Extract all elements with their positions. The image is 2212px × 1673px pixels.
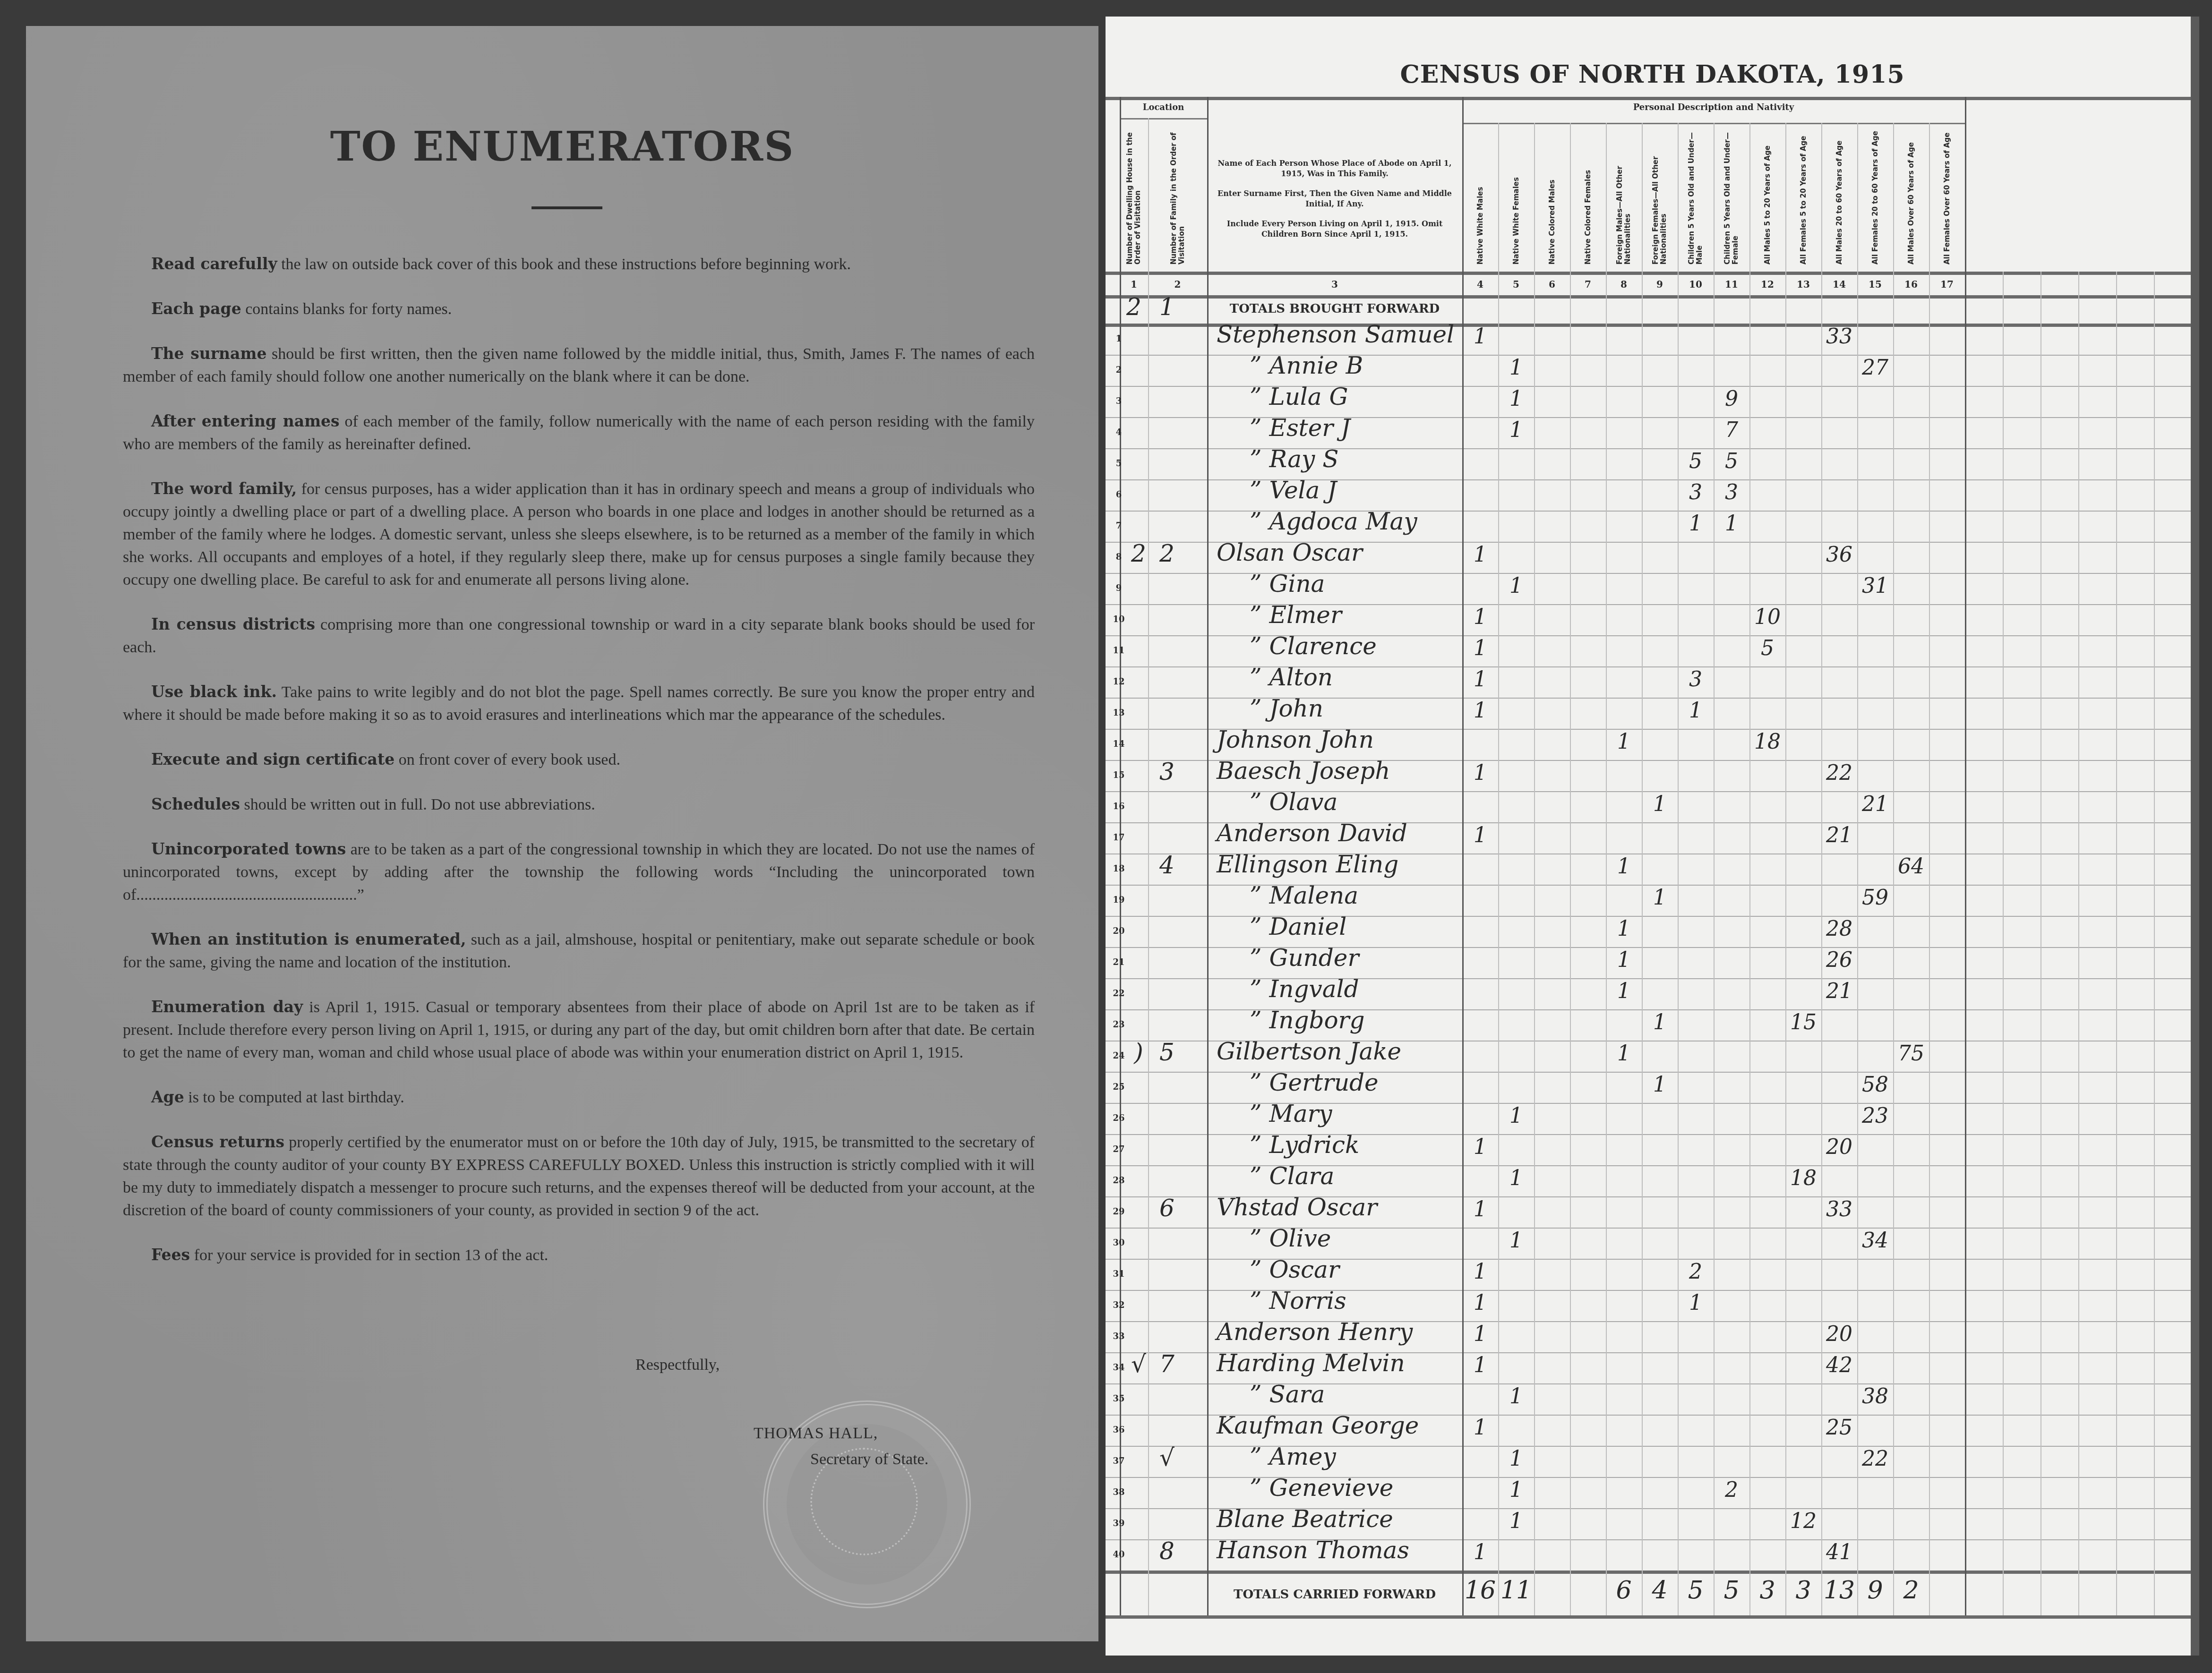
instruction-paragraph: Census returns properly certified by the… <box>123 1131 1035 1222</box>
instruction-text: is to be computed at last birthday. <box>184 1089 404 1106</box>
row-number: 20 <box>1109 926 1128 936</box>
row-number: 29 <box>1109 1207 1128 1217</box>
total-col-16: 2 <box>1893 1576 1929 1605</box>
name-instruction-line: Name of Each Person Whose Place of Abode… <box>1214 158 1455 179</box>
tally-col-4: 1 <box>1462 1291 1498 1315</box>
tally-col-13: 18 <box>1785 1166 1821 1190</box>
tally-col-4: 1 <box>1462 761 1498 785</box>
instructions-page: TO ENUMERATORS Read carefully the law on… <box>26 26 1098 1641</box>
signer-title: Secretary of State. <box>810 1448 928 1471</box>
tally-col-11: 5 <box>1714 449 1749 473</box>
instruction-text: for your service is provided for in sect… <box>190 1246 548 1264</box>
total-col-14: 13 <box>1821 1576 1857 1605</box>
total-col-5: 11 <box>1498 1576 1534 1605</box>
tally-col-11: 7 <box>1714 418 1749 442</box>
tally-col-14: 36 <box>1821 543 1857 567</box>
row-number: 25 <box>1109 1082 1128 1092</box>
tally-col-11: 2 <box>1714 1478 1749 1502</box>
grid-column-line <box>2078 272 2079 1615</box>
tally-col-10: 3 <box>1678 480 1714 504</box>
tally-col-5: 1 <box>1498 387 1534 411</box>
person-name: ” Alton <box>1250 664 1333 691</box>
person-name: ” Sara <box>1250 1381 1325 1408</box>
column-header-10: Children 5 Years Old and Under—Male <box>1681 128 1710 265</box>
tally-col-14: 33 <box>1821 324 1857 349</box>
tally-col-12: 10 <box>1749 605 1785 629</box>
person-name: Ellingson Eling <box>1217 851 1398 878</box>
column-header-4: Native White Males <box>1466 128 1494 265</box>
column-number-7: 7 <box>1570 279 1606 290</box>
row-number: 28 <box>1109 1176 1128 1186</box>
grid-column-line <box>2041 272 2041 1615</box>
grid-column-line <box>2116 272 2117 1615</box>
column-header-5: Native White Females <box>1502 128 1530 265</box>
tally-col-4: 1 <box>1462 1353 1498 1377</box>
tally-col-4: 1 <box>1462 1197 1498 1221</box>
person-name: ” Olive <box>1250 1225 1331 1252</box>
row-number: 11 <box>1109 646 1128 656</box>
column-header-15: All Females 20 to 60 Years of Age <box>1861 128 1889 265</box>
grid-column-line <box>1120 97 1121 1615</box>
grid-column-line <box>1749 123 1750 1615</box>
tally-col-12: 18 <box>1749 730 1785 754</box>
tally-col-11: 3 <box>1714 480 1749 504</box>
row-number: 3 <box>1109 396 1128 406</box>
instruction-lead: The surname <box>151 344 266 363</box>
column-number-17: 17 <box>1929 279 1965 290</box>
tally-col-5: 1 <box>1498 1509 1534 1533</box>
instruction-paragraph: Each page contains blanks for forty name… <box>123 298 1035 321</box>
tally-col-8: 1 <box>1606 948 1642 972</box>
instruction-text: contains blanks for forty names. <box>241 300 452 318</box>
row-number: 15 <box>1109 770 1128 780</box>
location-group-header: Location <box>1120 102 1207 112</box>
instruction-paragraph: Use black ink. Take pains to write legib… <box>123 681 1035 726</box>
instruction-text: the law on outside back cover of this bo… <box>277 256 851 273</box>
tally-col-11: 1 <box>1714 512 1749 536</box>
row-number: 33 <box>1109 1332 1128 1341</box>
instruction-lead: Read carefully <box>151 255 277 273</box>
column-header-2: Number of Family in the Order of Visitat… <box>1152 128 1203 265</box>
column-number-8: 8 <box>1606 279 1642 290</box>
instruction-paragraph: Unincorporated towns are to be taken as … <box>123 838 1035 906</box>
grid-column-line <box>1570 123 1571 1615</box>
tally-col-10: 2 <box>1678 1260 1714 1284</box>
column-number-6: 6 <box>1534 279 1570 290</box>
tally-col-14: 25 <box>1821 1416 1857 1440</box>
grid-rule <box>1106 1615 2192 1619</box>
tally-col-10: 5 <box>1678 449 1714 473</box>
family-number: 6 <box>1150 1195 1183 1222</box>
column-header-16: All Males Over 60 Years of Age <box>1897 128 1925 265</box>
grid-column-line <box>1714 123 1715 1615</box>
row-number: 36 <box>1109 1425 1128 1435</box>
tally-col-4: 1 <box>1462 543 1498 567</box>
column-header-12: All Males 5 to 20 Years of Age <box>1753 128 1782 265</box>
instruction-lead: Each page <box>151 299 241 318</box>
tally-col-4: 1 <box>1462 324 1498 349</box>
person-name: ” Ingborg <box>1250 1007 1364 1034</box>
tally-col-4: 1 <box>1462 823 1498 847</box>
column-number-4: 4 <box>1462 279 1498 290</box>
column-number-15: 15 <box>1857 279 1893 290</box>
instruction-lead: In census districts <box>151 615 315 633</box>
column-number-14: 14 <box>1821 279 1857 290</box>
row-number: 35 <box>1109 1394 1128 1404</box>
total-col-11: 5 <box>1714 1576 1749 1605</box>
column-number-10: 10 <box>1678 279 1714 290</box>
instruction-lead: After entering names <box>151 412 340 430</box>
tally-col-4: 1 <box>1462 1322 1498 1346</box>
column-number-3: 3 <box>1207 279 1462 290</box>
column-number-16: 16 <box>1893 279 1929 290</box>
person-name: Baesch Joseph <box>1217 757 1390 785</box>
grid-column-line <box>1642 123 1643 1615</box>
total-col-13: 3 <box>1785 1576 1821 1605</box>
grid-rule <box>1106 97 2192 100</box>
tally-col-14: 20 <box>1821 1322 1857 1346</box>
person-name: Kaufman George <box>1217 1412 1419 1439</box>
closing-text: Respectfully, <box>635 1353 720 1377</box>
person-name: ” Ingvald <box>1250 975 1359 1003</box>
instruction-paragraph: When an institution is enumerated, such … <box>123 928 1035 974</box>
person-name: ” Amey <box>1250 1443 1336 1470</box>
person-name: ” John <box>1250 695 1323 722</box>
total-col-12: 3 <box>1749 1576 1785 1605</box>
person-name: ” Elmer <box>1250 601 1342 629</box>
tally-col-16: 64 <box>1893 854 1929 879</box>
tally-col-14: 42 <box>1821 1353 1857 1377</box>
instruction-lead: The word family, <box>151 479 297 498</box>
instruction-lead: Unincorporated towns <box>151 840 346 858</box>
row-number: 13 <box>1109 708 1128 718</box>
tally-col-5: 1 <box>1498 1447 1534 1471</box>
grid-column-line <box>1965 97 1966 1615</box>
tally-col-15: 38 <box>1857 1384 1893 1408</box>
tally-col-5: 1 <box>1498 1478 1534 1502</box>
instruction-lead: Enumeration day <box>151 998 303 1016</box>
tally-col-15: 58 <box>1857 1073 1893 1097</box>
grid-column-line <box>1207 97 1209 1615</box>
person-name: ” Agdoca May <box>1250 508 1417 535</box>
totals-brought-forward-label: TOTALS BROUGHT FORWARD <box>1207 302 1462 316</box>
row-number: 18 <box>1109 864 1128 874</box>
person-name: ” Daniel <box>1250 913 1346 940</box>
tally-col-15: 23 <box>1857 1104 1893 1128</box>
column-header-17: All Females Over 60 Years of Age <box>1933 128 1961 265</box>
census-table: LocationPersonal Description and Nativit… <box>1106 17 2199 1656</box>
tally-col-9: 1 <box>1642 1073 1678 1097</box>
instruction-paragraph: Fees for your service is provided for in… <box>123 1244 1035 1267</box>
tally-col-14: 22 <box>1821 761 1857 785</box>
name-instruction-line: Include Every Person Living on April 1, … <box>1214 219 1455 239</box>
row-number: 32 <box>1109 1300 1128 1310</box>
grid-rule <box>1106 1571 2192 1574</box>
instruction-paragraph: The surname should be first written, the… <box>123 342 1035 388</box>
tally-col-13: 12 <box>1785 1509 1821 1533</box>
column-number-11: 11 <box>1714 279 1749 290</box>
row-number: 14 <box>1109 739 1128 749</box>
tally-col-14: 26 <box>1821 948 1857 972</box>
column-header-11: Children 5 Years Old and Under—Female <box>1717 128 1746 265</box>
family-number: 2 <box>1150 540 1183 567</box>
tally-col-15: 31 <box>1857 574 1893 598</box>
row-number: 23 <box>1109 1020 1128 1030</box>
family-number: 4 <box>1150 852 1183 879</box>
row-number: 21 <box>1109 957 1128 967</box>
instruction-paragraph: Enumeration day is April 1, 1915. Casual… <box>123 996 1035 1064</box>
family-number: 5 <box>1150 1039 1183 1066</box>
instruction-lead: Age <box>151 1088 184 1106</box>
column-number-2: 2 <box>1148 279 1207 290</box>
instruction-lead: Execute and sign certificate <box>151 750 394 768</box>
row-number: 19 <box>1109 895 1128 905</box>
person-name: Harding Melvin <box>1217 1349 1405 1377</box>
tally-col-15: 34 <box>1857 1229 1893 1253</box>
grid-column-line <box>1678 123 1679 1615</box>
instruction-lead: Fees <box>151 1246 190 1264</box>
totals-carried-forward-label: TOTALS CARRIED FORWARD <box>1207 1588 1462 1602</box>
tally-col-14: 21 <box>1821 979 1857 1003</box>
instruction-text: on front cover of every book used. <box>394 751 620 768</box>
person-name: ” Olava <box>1250 788 1337 816</box>
row-number: 7 <box>1109 521 1128 531</box>
row-number: 39 <box>1109 1519 1128 1528</box>
row-number: 10 <box>1109 615 1128 624</box>
person-name: Anderson Henry <box>1217 1318 1413 1346</box>
grid-rule <box>1120 118 1207 119</box>
tally-col-15: 59 <box>1857 886 1893 910</box>
instruction-text: should be written out in full. Do not us… <box>240 796 595 813</box>
tally-col-10: 1 <box>1678 1291 1714 1315</box>
page-edge <box>2191 17 2199 1656</box>
total-col-4: 16 <box>1462 1576 1498 1605</box>
tally-col-9: 1 <box>1642 886 1678 910</box>
row-number: 40 <box>1109 1550 1128 1560</box>
column-number-12: 12 <box>1749 279 1785 290</box>
row-number: 26 <box>1109 1113 1128 1123</box>
tally-col-16: 75 <box>1893 1041 1929 1066</box>
total-col-10: 5 <box>1678 1576 1714 1605</box>
person-name: ” Mary <box>1250 1100 1332 1127</box>
tally-col-9: 1 <box>1642 1010 1678 1034</box>
person-name: Hanson Thomas <box>1217 1536 1409 1564</box>
row-number: 17 <box>1109 833 1128 843</box>
row-number: 6 <box>1109 490 1128 500</box>
family-number: 7 <box>1150 1350 1183 1378</box>
person-name: Johnson John <box>1217 726 1374 753</box>
column-number-5: 5 <box>1498 279 1534 290</box>
row-number: 9 <box>1109 583 1128 593</box>
grid-column-line <box>2154 272 2155 1615</box>
tally-col-8: 1 <box>1606 854 1642 879</box>
tally-col-8: 1 <box>1606 917 1642 941</box>
person-name: ” Gina <box>1250 570 1325 597</box>
row-number: 16 <box>1109 802 1128 811</box>
name-column-instructions: Name of Each Person Whose Place of Abode… <box>1214 158 1455 249</box>
total-col-8: 6 <box>1606 1576 1642 1605</box>
instruction-paragraph: The word family, for census purposes, ha… <box>123 478 1035 591</box>
row-number: 12 <box>1109 677 1128 687</box>
instruction-lead: Use black ink. <box>151 683 277 701</box>
row-number: 37 <box>1109 1456 1128 1466</box>
instruction-paragraph: Age is to be computed at last birthday. <box>123 1086 1035 1109</box>
person-name: Gilbertson Jake <box>1217 1038 1401 1065</box>
tally-col-14: 20 <box>1821 1135 1857 1159</box>
tally-col-8: 1 <box>1606 730 1642 754</box>
instruction-lead: Census returns <box>151 1133 284 1151</box>
signer-name: THOMAS HALL, <box>754 1422 878 1445</box>
instructions-body: Read carefully the law on outside back c… <box>123 253 1035 1289</box>
name-instruction-line: Enter Surname First, Then the Given Name… <box>1214 188 1455 209</box>
family-number: 8 <box>1150 1537 1183 1565</box>
row-number: 2 <box>1109 365 1128 375</box>
instruction-paragraph: In census districts comprising more than… <box>123 613 1035 659</box>
row-number: 30 <box>1109 1238 1128 1248</box>
person-name: ” Clara <box>1250 1162 1334 1190</box>
totals-brought-forward-dwelling: 2 <box>1117 293 1150 321</box>
tally-col-15: 22 <box>1857 1447 1893 1471</box>
grid-column-line <box>1534 123 1535 1615</box>
column-header-8: Foreign Males—All Other Nationalities <box>1610 128 1638 265</box>
column-header-14: All Males 20 to 60 Years of Age <box>1825 128 1853 265</box>
person-name: ” Malena <box>1250 882 1358 909</box>
grid-column-line <box>1929 123 1930 1615</box>
tally-col-13: 15 <box>1785 1010 1821 1034</box>
family-number: 3 <box>1150 758 1183 785</box>
census-schedule-page: CENSUS OF NORTH DAKOTA, 1915 LocationPer… <box>1106 17 2199 1656</box>
row-number: 27 <box>1109 1144 1128 1154</box>
tally-col-5: 1 <box>1498 1384 1534 1408</box>
tally-col-15: 21 <box>1857 792 1893 816</box>
tally-col-10: 3 <box>1678 667 1714 691</box>
personal-description-group-header: Personal Description and Nativity <box>1462 102 1965 112</box>
tally-col-5: 1 <box>1498 1229 1534 1253</box>
tally-col-10: 1 <box>1678 512 1714 536</box>
column-header-13: All Females 5 to 20 Years of Age <box>1789 128 1818 265</box>
tally-col-15: 27 <box>1857 356 1893 380</box>
tally-col-4: 1 <box>1462 699 1498 723</box>
page-title: TO ENUMERATORS <box>26 123 1098 171</box>
tally-col-5: 1 <box>1498 1104 1534 1128</box>
instruction-paragraph: Read carefully the law on outside back c… <box>123 253 1035 276</box>
row-number: 5 <box>1109 459 1128 469</box>
tally-col-12: 5 <box>1749 636 1785 660</box>
person-name: ” Genevieve <box>1250 1474 1393 1502</box>
person-name: ” Annie B <box>1250 352 1363 379</box>
person-name: ” Oscar <box>1250 1256 1339 1283</box>
tally-col-4: 1 <box>1462 1416 1498 1440</box>
column-header-7: Native Colored Females <box>1574 128 1602 265</box>
grid-column-line <box>2003 272 2004 1615</box>
totals-brought-forward-family: 1 <box>1150 293 1183 321</box>
row-number: 38 <box>1109 1487 1128 1497</box>
column-header-1: Number of Dwelling House in the Order of… <box>1123 128 1144 265</box>
family-number: √ <box>1150 1444 1183 1471</box>
tally-col-4: 1 <box>1462 667 1498 691</box>
instruction-lead: Schedules <box>151 795 240 813</box>
row-number: 31 <box>1109 1269 1128 1279</box>
tally-col-4: 1 <box>1462 1540 1498 1564</box>
title-rule <box>532 206 602 209</box>
tally-col-5: 1 <box>1498 418 1534 442</box>
tally-col-10: 1 <box>1678 699 1714 723</box>
total-col-9: 4 <box>1642 1576 1678 1605</box>
tally-col-11: 9 <box>1714 387 1749 411</box>
tally-col-14: 41 <box>1821 1540 1857 1564</box>
column-header-6: Native Colored Males <box>1538 128 1566 265</box>
column-number-1: 1 <box>1120 279 1148 290</box>
tally-col-4: 1 <box>1462 605 1498 629</box>
column-number-9: 9 <box>1642 279 1678 290</box>
tally-col-14: 28 <box>1821 917 1857 941</box>
column-header-9: Foreign Females—All Other Nationalities <box>1646 128 1674 265</box>
instruction-paragraph: Schedules should be written out in full.… <box>123 793 1035 816</box>
grid-column-line <box>1148 118 1149 1615</box>
person-name: Vhstad Oscar <box>1217 1194 1377 1221</box>
tally-col-5: 1 <box>1498 574 1534 598</box>
row-number: 22 <box>1109 989 1128 999</box>
tally-col-4: 1 <box>1462 1260 1498 1284</box>
person-name: Anderson David <box>1217 819 1407 847</box>
person-name: Blane Beatrice <box>1217 1505 1393 1533</box>
person-name: Olsan Oscar <box>1217 539 1363 566</box>
column-number-13: 13 <box>1785 279 1821 290</box>
tally-col-14: 21 <box>1821 823 1857 847</box>
grid-rule <box>1106 295 2192 299</box>
row-number: 4 <box>1109 427 1128 437</box>
person-name: Stephenson Samuel <box>1217 321 1454 348</box>
row-number: 1 <box>1109 334 1128 344</box>
grid-column-line <box>1785 123 1786 1615</box>
tally-col-4: 1 <box>1462 636 1498 660</box>
person-name: ” Lula G <box>1250 383 1348 410</box>
person-name: ” Clarence <box>1250 632 1377 660</box>
total-col-15: 9 <box>1857 1576 1893 1605</box>
tally-col-5: 1 <box>1498 1166 1534 1190</box>
tally-col-8: 1 <box>1606 1041 1642 1066</box>
tally-col-8: 1 <box>1606 979 1642 1003</box>
person-name: ” Lydrick <box>1250 1131 1359 1159</box>
instruction-lead: When an institution is enumerated, <box>151 930 466 948</box>
person-name: ” Ester J <box>1250 414 1350 442</box>
person-name: ” Gertrude <box>1250 1069 1379 1096</box>
instruction-paragraph: Execute and sign certificate on front co… <box>123 748 1035 771</box>
tally-col-9: 1 <box>1642 792 1678 816</box>
instruction-paragraph: After entering names of each member of t… <box>123 410 1035 456</box>
person-name: ” Ray S <box>1250 445 1338 473</box>
person-name: ” Vela J <box>1250 477 1337 504</box>
person-name: ” Gunder <box>1250 944 1359 972</box>
person-name: ” Norris <box>1250 1287 1346 1314</box>
tally-col-4: 1 <box>1462 1135 1498 1159</box>
tally-col-14: 33 <box>1821 1197 1857 1221</box>
tally-col-5: 1 <box>1498 356 1534 380</box>
grid-rule <box>1106 272 2192 275</box>
